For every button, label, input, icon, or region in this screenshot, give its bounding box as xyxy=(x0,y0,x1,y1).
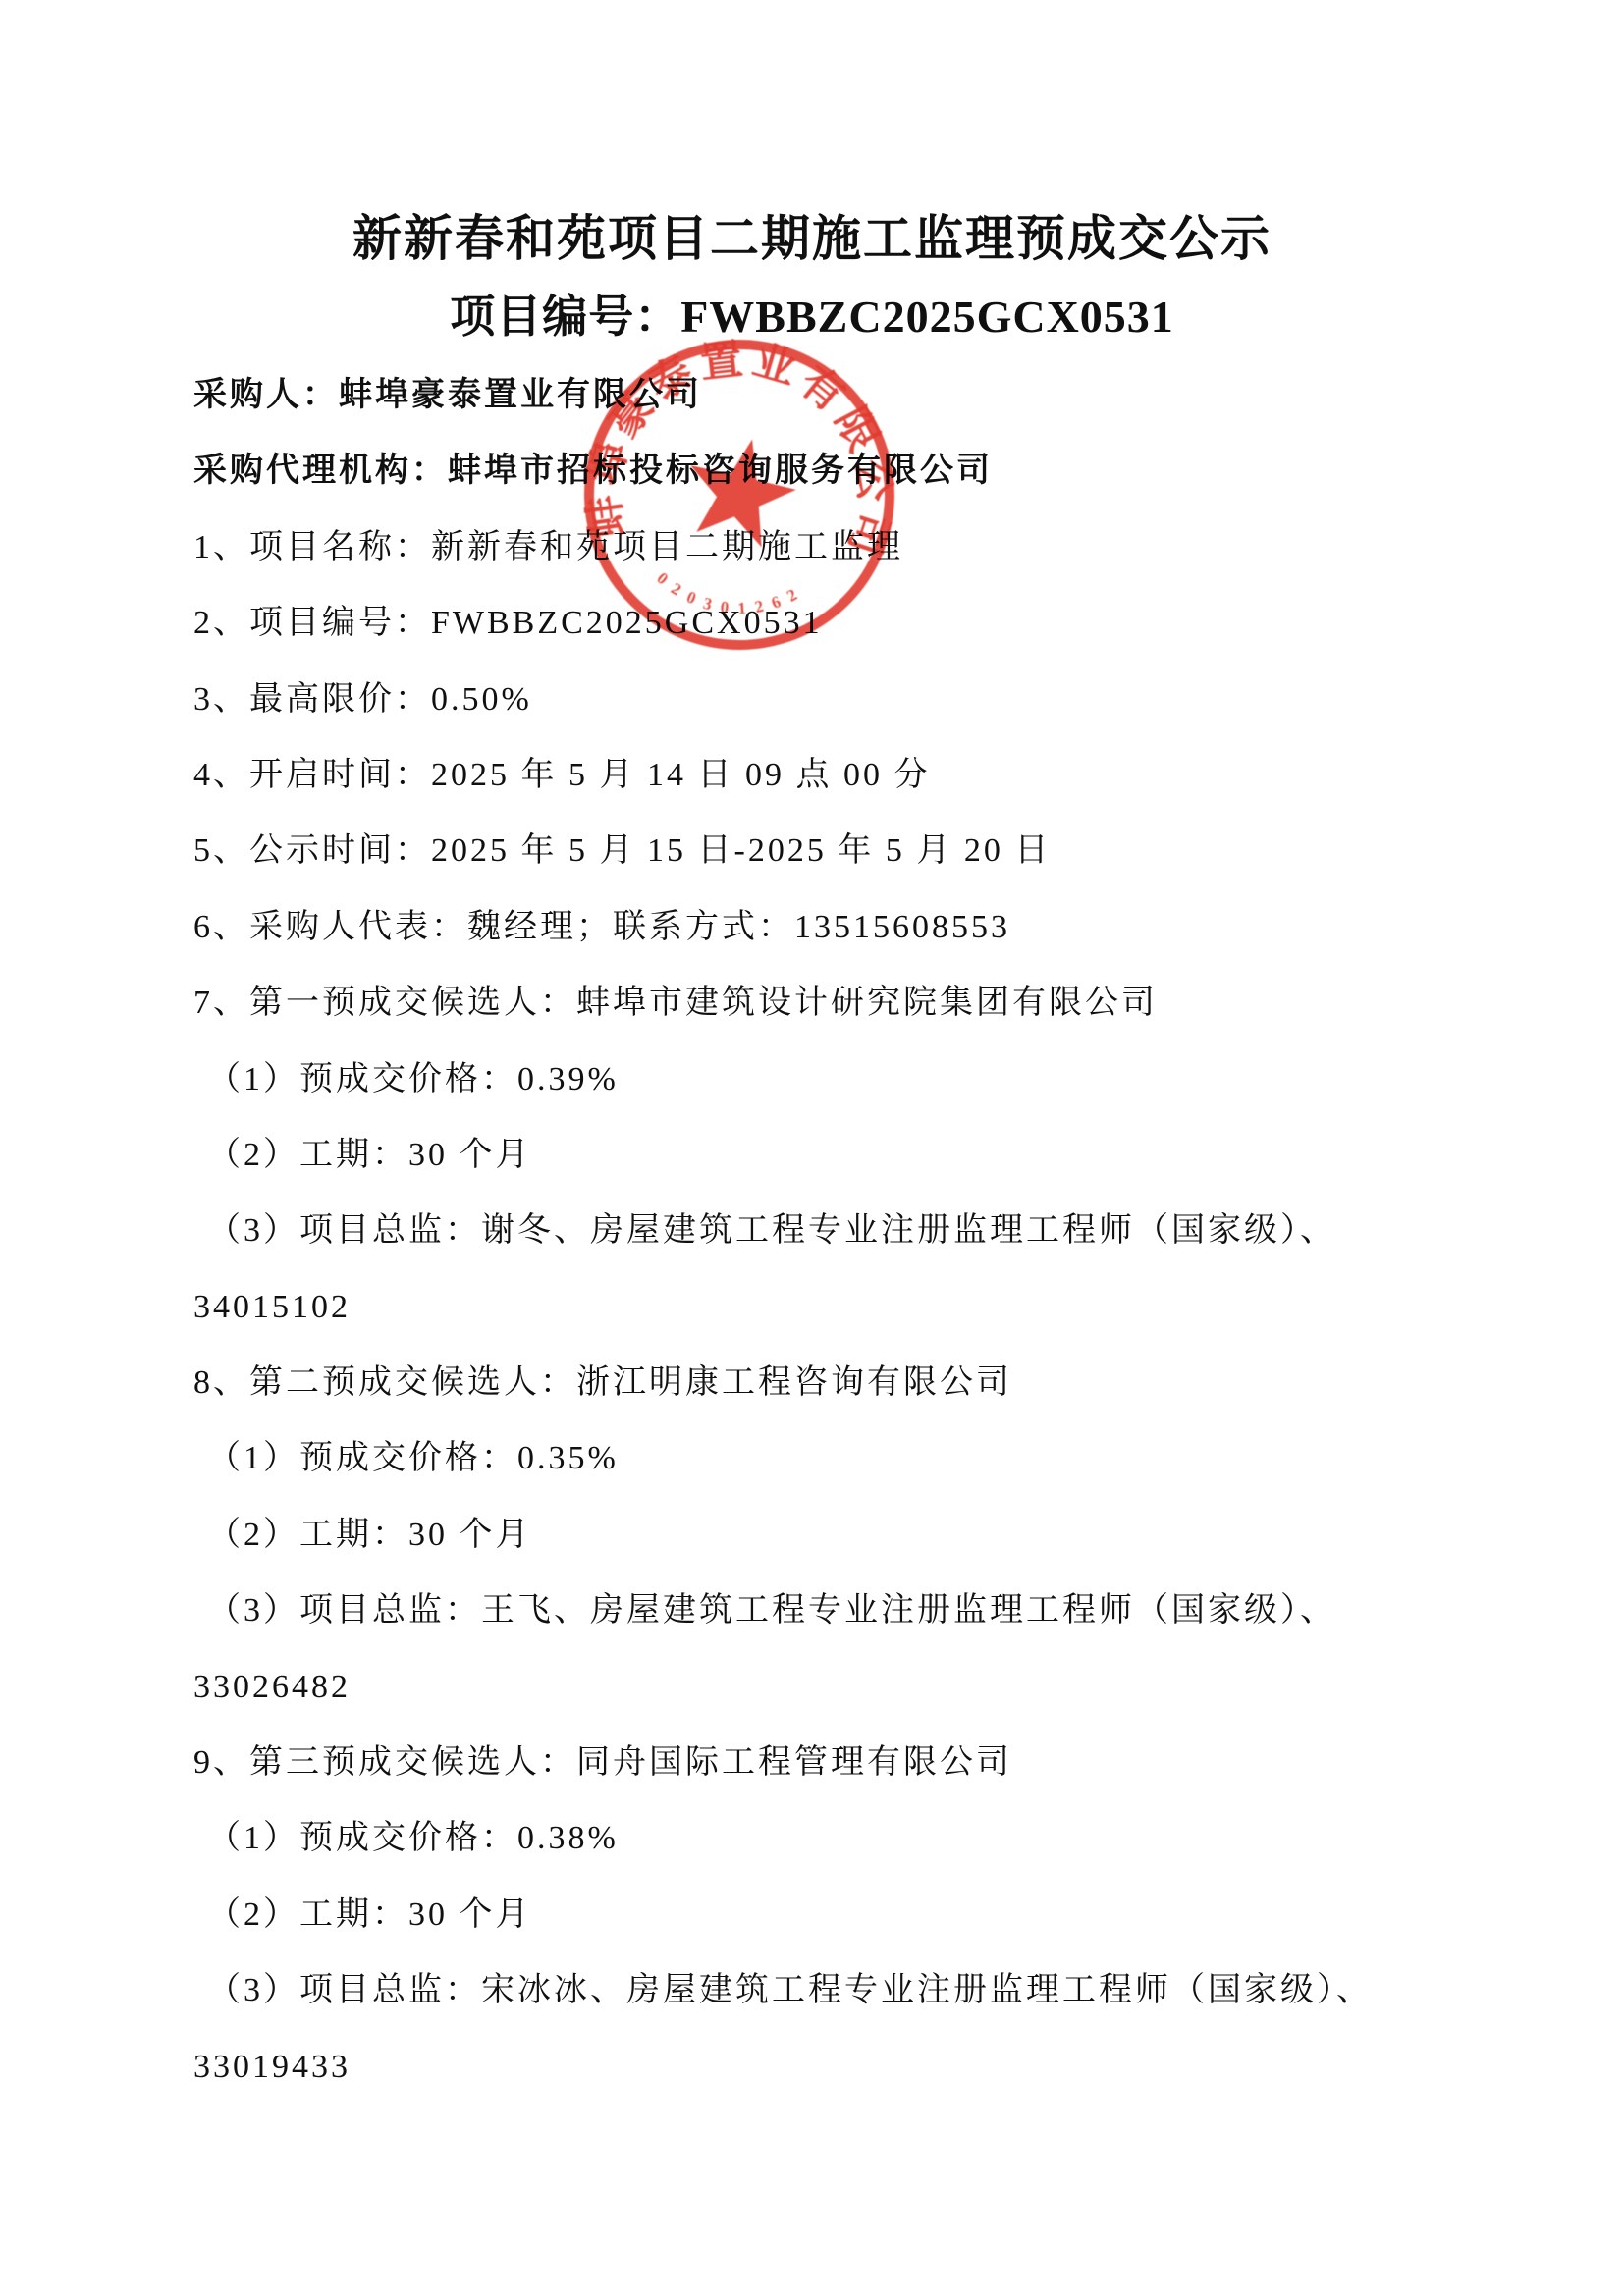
doc-line: 7、第一预成交候选人：蚌埠市建筑设计研究院集团有限公司 xyxy=(193,965,1506,1041)
page-title: 新新春和苑项目二期施工监理预成交公示 xyxy=(0,199,1624,270)
doc-line: 采购人：蚌埠豪泰置业有限公司 xyxy=(193,357,1506,433)
doc-line: 5、公示时间：2025 年 5 月 15 日-2025 年 5 月 20 日 xyxy=(193,813,1506,888)
document-page: 新新春和苑项目二期施工监理预成交公示 项目编号：FWBBZC2025GCX053… xyxy=(0,0,1624,2296)
doc-line: （3）项目总监：王飞、房屋建筑工程专业注册监理工程师（国家级）、 xyxy=(193,1573,1506,1648)
doc-line: 6、采购人代表：魏经理；联系方式：13515608553 xyxy=(193,889,1506,965)
doc-line: 8、第二预成交候选人：浙江明康工程咨询有限公司 xyxy=(193,1345,1506,1420)
doc-line: 34015102 xyxy=(193,1269,1506,1345)
doc-line: 3、最高限价：0.50% xyxy=(193,662,1506,737)
doc-line: 采购代理机构：蚌埠市招标投标咨询服务有限公司 xyxy=(193,433,1506,508)
document-body: 采购人：蚌埠豪泰置业有限公司采购代理机构：蚌埠市招标投标咨询服务有限公司1、项目… xyxy=(193,357,1506,2105)
doc-line: 33019433 xyxy=(193,2029,1506,2105)
doc-line: （1）预成交价格：0.39% xyxy=(193,1041,1506,1117)
doc-line: 2、项目编号：FWBBZC2025GCX0531 xyxy=(193,585,1506,661)
doc-line: 33026482 xyxy=(193,1649,1506,1725)
doc-line: （1）预成交价格：0.35% xyxy=(193,1420,1506,1496)
doc-line: （2）工期：30 个月 xyxy=(193,1497,1506,1573)
doc-line: （1）预成交价格：0.38% xyxy=(193,1800,1506,1876)
doc-line: （3）项目总监：谢冬、房屋建筑工程专业注册监理工程师（国家级）、 xyxy=(193,1193,1506,1268)
doc-line: 1、项目名称：新新春和苑项目二期施工监理 xyxy=(193,509,1506,585)
doc-line: （3）项目总监：宋冰冰、房屋建筑工程专业注册监理工程师（国家级）、 xyxy=(193,1952,1506,2028)
project-number-title: 项目编号：FWBBZC2025GCX0531 xyxy=(0,281,1624,346)
doc-line: 9、第三预成交候选人：同舟国际工程管理有限公司 xyxy=(193,1725,1506,1800)
doc-line: 4、开启时间：2025 年 5 月 14 日 09 点 00 分 xyxy=(193,737,1506,813)
doc-line: （2）工期：30 个月 xyxy=(193,1877,1506,1952)
doc-line: （2）工期：30 个月 xyxy=(193,1117,1506,1193)
